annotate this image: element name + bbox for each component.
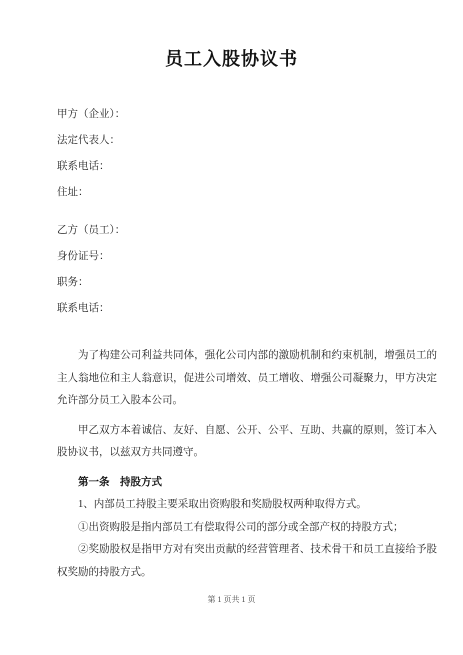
document-body: 甲方（企业）： 法定代表人： 联系电话： 住址： 乙方（员工）： 身份证号： 职… <box>0 102 463 584</box>
party-b-block: 乙方（员工）： 身份证号： 职务： 联系电话： <box>57 218 437 322</box>
party-a-company-label: 甲方（企业）： <box>57 102 437 128</box>
party-a-address-label: 住址： <box>57 180 437 206</box>
intro-paragraph-principles: 甲乙双方本着诚信、友好、自愿、公开、公平、互助、共赢的原则，签订本入股协议书，以… <box>57 420 437 465</box>
party-a-phone-label: 联系电话： <box>57 154 437 180</box>
party-b-id-number-label: 身份证号： <box>57 244 437 270</box>
section-heading-article-1: 第一条 持股方式 <box>57 472 437 495</box>
party-b-employee-label: 乙方（员工）： <box>57 218 437 244</box>
document-title: 员工入股协议书 <box>0 0 463 72</box>
party-a-legal-representative-label: 法定代表人： <box>57 128 437 154</box>
clause-purchase-shares: ①出资购股是指内部员工有偿取得公司的部分或全部产权的持股方式； <box>57 517 437 540</box>
clause-shareholding-methods: 1、内部员工持股主要采取出资购股和奖励股权两种取得方式。 <box>57 494 437 517</box>
intro-paragraph-purpose: 为了构建公司利益共同体，强化公司内部的激励机制和约束机制，增强员工的主人翁地位和… <box>57 345 437 413</box>
document-page: 员工入股协议书 甲方（企业）： 法定代表人： 联系电话： 住址： 乙方（员工）：… <box>0 0 463 655</box>
party-a-block: 甲方（企业）： 法定代表人： 联系电话： 住址： <box>57 102 437 206</box>
party-b-phone-label: 联系电话： <box>57 296 437 322</box>
page-number: 第 1 页共 1 页 <box>208 595 256 604</box>
party-b-position-label: 职务： <box>57 270 437 296</box>
clause-reward-shares: ②奖励股权是指甲方对有突出贡献的经营管理者、技术骨干和员工直接给予股权奖励的持股… <box>57 539 437 584</box>
page-footer: 第 1 页共 1 页 <box>0 594 463 605</box>
